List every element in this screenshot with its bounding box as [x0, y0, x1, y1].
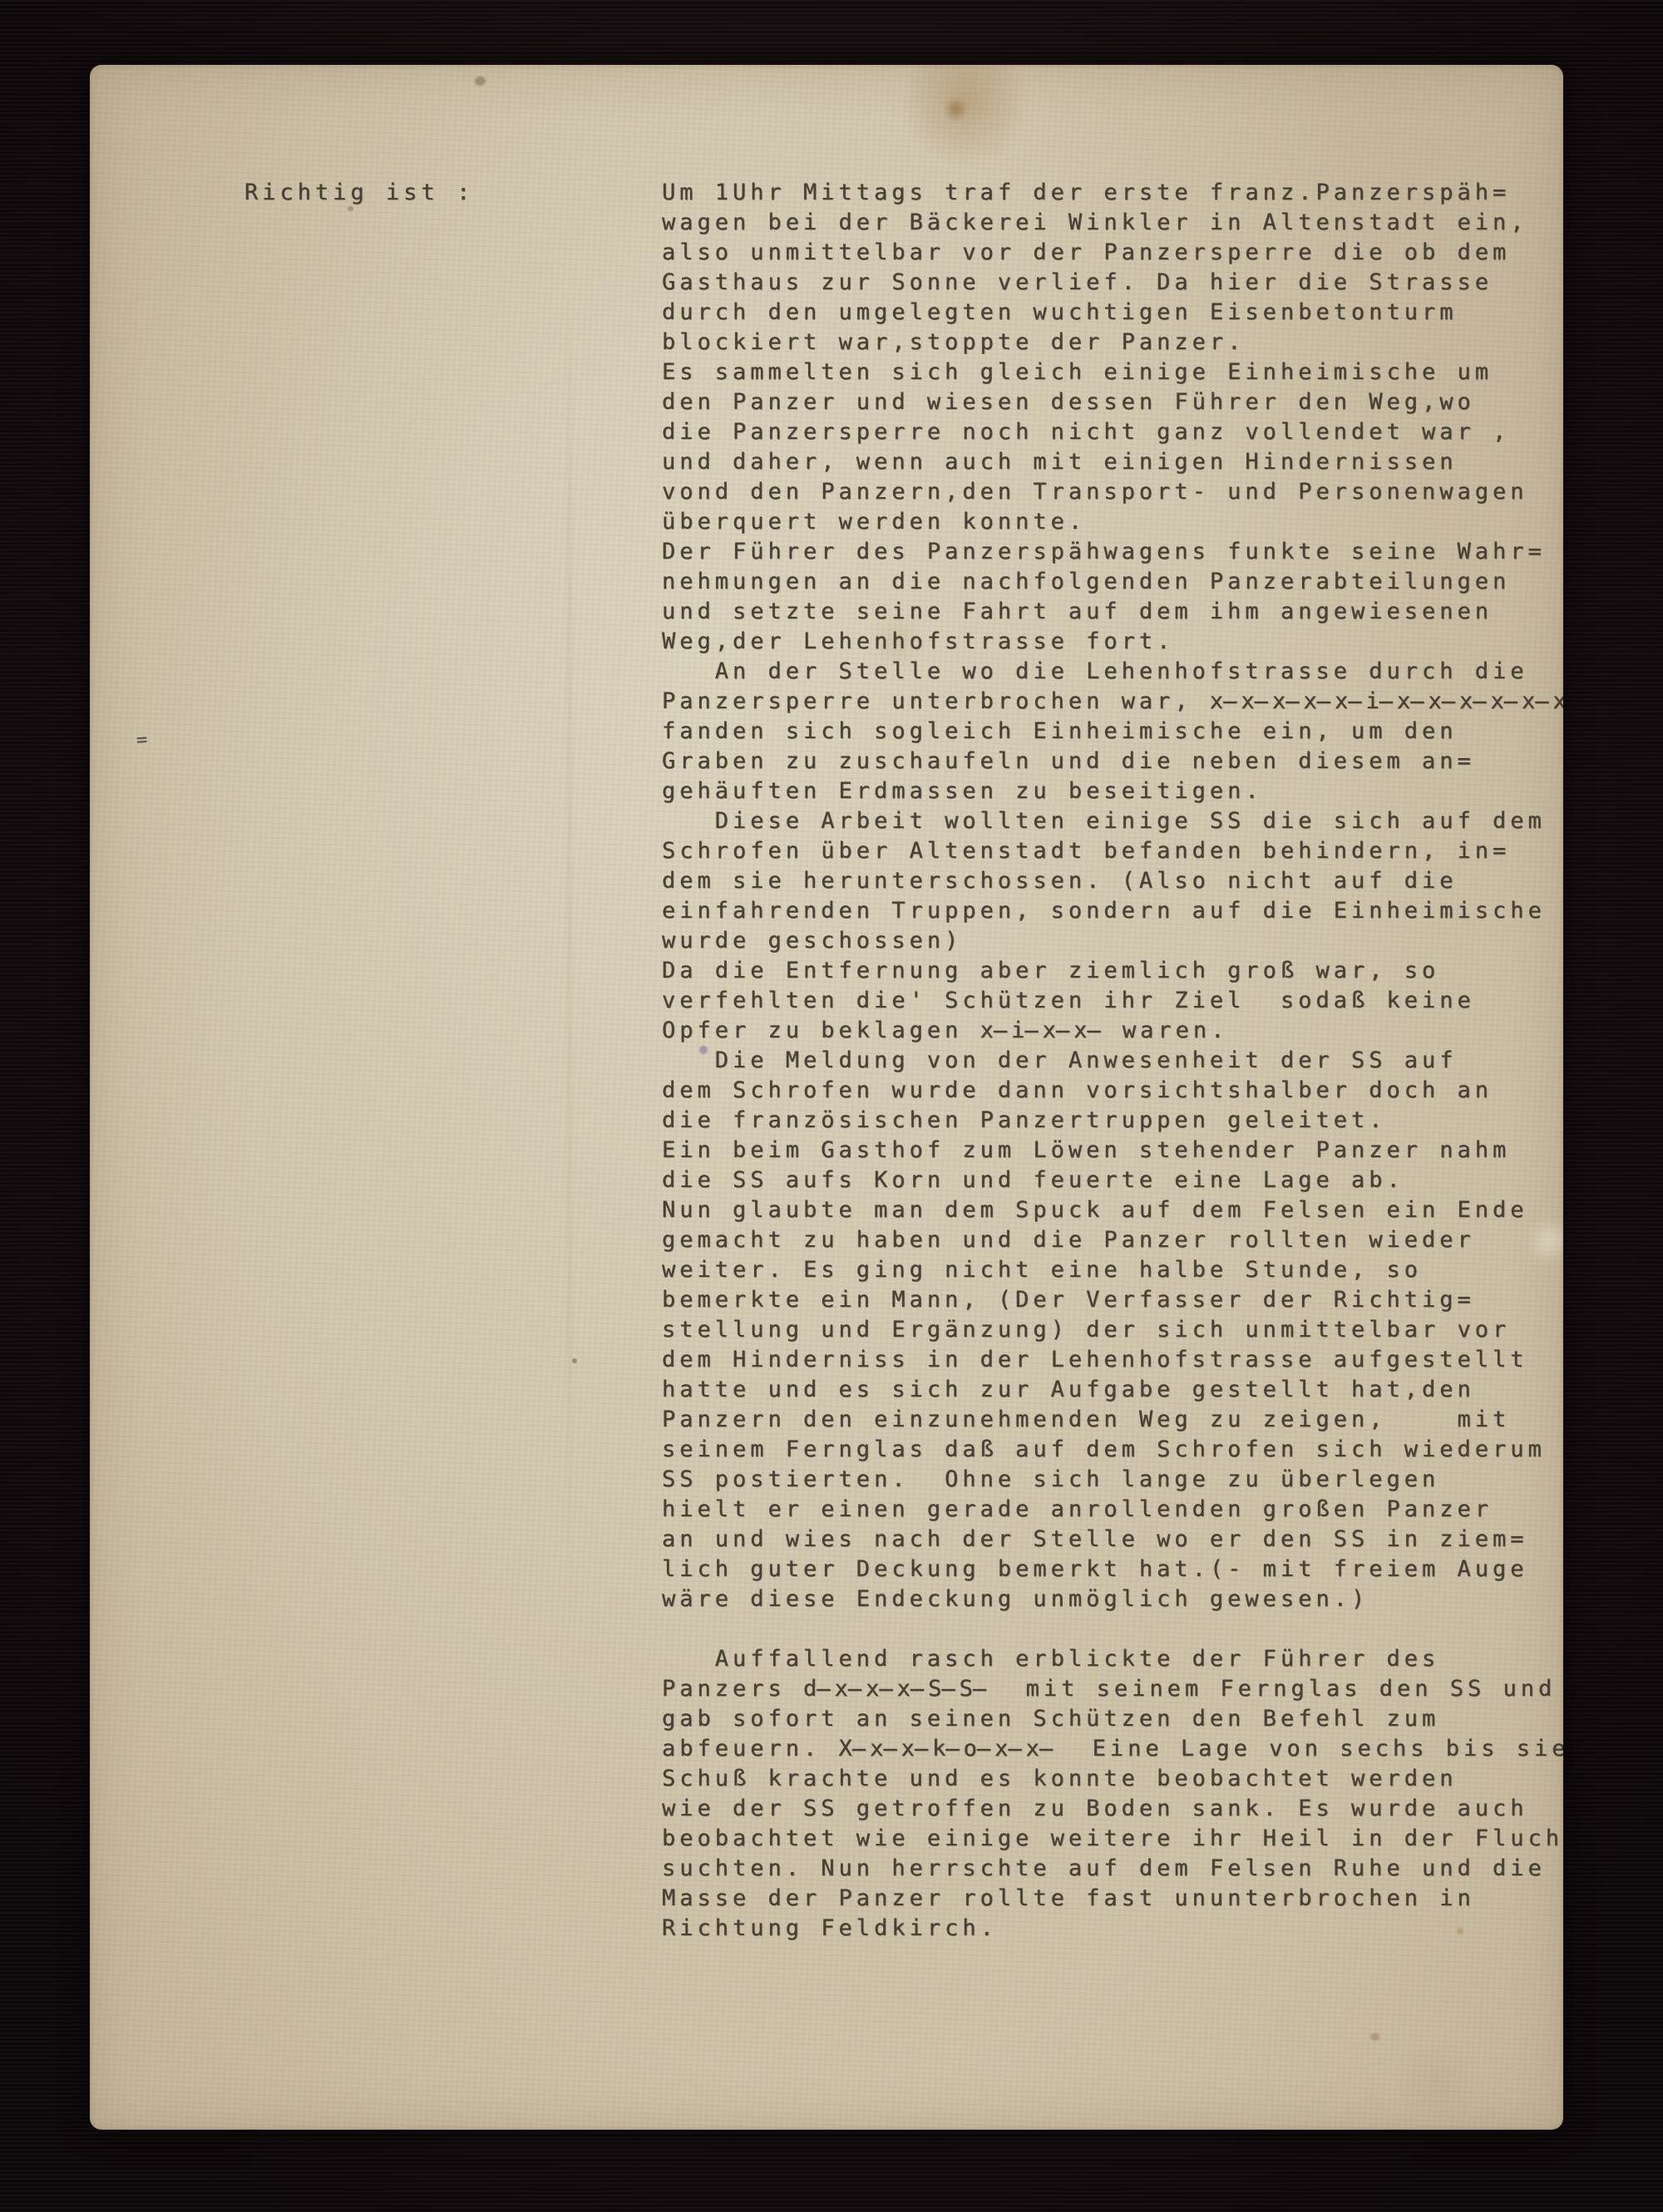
typewritten-line: und daher, wenn auch mit einigen Hindern… — [662, 447, 1563, 477]
typewritten-line: seinem Fernglas daß auf dem Schrofen sic… — [662, 1435, 1563, 1465]
typewritten-line: blockiert war,stoppte der Panzer. — [662, 328, 1563, 357]
typewritten-line: Richtung Feldkirch. — [662, 1914, 1563, 1944]
typewritten-line: Schuß krachte und es konnte beobachtet w… — [662, 1764, 1563, 1794]
scanned-document-page: = Richtig ist : Um 1Uhr Mittags traf der… — [90, 65, 1563, 2130]
typewritten-line: die SS aufs Korn und feuerte eine Lage a… — [662, 1165, 1563, 1195]
typewritten-line: verfehlten die' Schützen ihr Ziel sodaß … — [662, 986, 1563, 1016]
paper-crease — [568, 281, 570, 1578]
typewritten-line: wie der SS getroffen zu Boden sank. Es w… — [662, 1794, 1563, 1824]
typewritten-line: Nun glaubte man dem Spuck auf dem Felsen… — [662, 1195, 1563, 1225]
typewritten-line: Weg,der Lehenhofstrasse fort. — [662, 627, 1563, 657]
typewritten-line: also unmittelbar vor der Panzersperre di… — [662, 238, 1563, 268]
typewritten-line: Ein beim Gasthof zum Löwen stehender Pan… — [662, 1136, 1563, 1165]
typewritten-line: Panzersperre unterbrochen war, x̶x̶x̶x̶x… — [662, 687, 1563, 717]
typewritten-line: stellung und Ergänzung) der sich unmitte… — [662, 1315, 1563, 1345]
typewritten-line: Die Meldung von der Anwesenheit der SS a… — [662, 1046, 1563, 1076]
typewritten-line: wäre diese Endeckung unmöglich gewesen.) — [662, 1584, 1563, 1614]
typewritten-line: abfeuern. X̶x̶x̶k̶o̶x̶x̶ Eine Lage von s… — [662, 1734, 1563, 1764]
typewritten-line: dem sie herunterschossen. (Also nicht au… — [662, 866, 1563, 896]
typewritten-line: wurde geschossen) — [662, 926, 1563, 956]
typewritten-line: Um 1Uhr Mittags traf der erste franz.Pan… — [662, 178, 1563, 208]
paper-speck — [572, 1358, 577, 1363]
typewritten-body: Um 1Uhr Mittags traf der erste franz.Pan… — [662, 178, 1563, 1944]
typewritten-line: Gasthaus zur Sonne verlief. Da hier die … — [662, 268, 1563, 298]
paper-stain — [475, 76, 486, 86]
typewritten-line: wagen bei der Bäckerei Winkler in Altens… — [662, 208, 1563, 238]
typewritten-line: Opfer zu beklagen x̶i̶x̶x̶ waren. — [662, 1016, 1563, 1046]
typewritten-line: überquert werden konnte. — [662, 507, 1563, 537]
paper-stain — [909, 65, 1021, 173]
typewritten-line: Diese Arbeit wollten einige SS die sich … — [662, 806, 1563, 836]
typewritten-line: bemerkte ein Mann, (Der Verfasser der Ri… — [662, 1285, 1563, 1315]
typewritten-line: vond den Panzern,den Transport- und Pers… — [662, 477, 1563, 507]
typewritten-line — [662, 1614, 1563, 1644]
typewritten-line: einfahrenden Truppen, sondern auf die Ei… — [662, 896, 1563, 926]
typewritten-line: die Panzersperre noch nicht ganz vollend… — [662, 417, 1563, 447]
typewritten-line: dem Hinderniss in der Lehenhofstrasse au… — [662, 1345, 1563, 1375]
typewritten-line: Masse der Panzer rollte fast ununterbroc… — [662, 1884, 1563, 1914]
typewritten-line: gemacht zu haben und die Panzer rollten … — [662, 1225, 1563, 1255]
typewritten-line: Panzers d̶x̶x̶x̶S̶S̶ mit seinem Fernglas… — [662, 1674, 1563, 1704]
dark-fabric-background: = Richtig ist : Um 1Uhr Mittags traf der… — [0, 0, 1663, 2212]
typewritten-line: nehmungen an die nachfolgenden Panzerabt… — [662, 567, 1563, 597]
typewritten-line: hielt er einen gerade anrollenden großen… — [662, 1495, 1563, 1525]
typewritten-line: gab sofort an seinen Schützen den Befehl… — [662, 1704, 1563, 1734]
typewritten-line: Schrofen über Altenstadt befanden behind… — [662, 836, 1563, 866]
paper-stain — [1387, 2052, 1487, 2110]
typewritten-line: suchten. Nun herrschte auf dem Felsen Ru… — [662, 1854, 1563, 1884]
typewritten-line: Auffallend rasch erblickte der Führer de… — [662, 1644, 1563, 1674]
typewritten-line: durch den umgelegten wuchtigen Eisenbeto… — [662, 298, 1563, 328]
typewritten-line: dem Schrofen wurde dann vorsichtshalber … — [662, 1076, 1563, 1106]
typewritten-line: weiter. Es ging nicht eine halbe Stunde,… — [662, 1255, 1563, 1285]
margin-pencil-mark: = — [136, 730, 148, 751]
typewritten-line: Da die Entfernung aber ziemlich groß war… — [662, 956, 1563, 986]
typewritten-line: Panzern den einzunehmenden Weg zu zeigen… — [662, 1405, 1563, 1435]
typewritten-line: fanden sich sogleich Einheimische ein, u… — [662, 717, 1563, 746]
typewritten-line: Der Führer des Panzerspähwagens funkte s… — [662, 537, 1563, 567]
typewritten-line: Graben zu zuschaufeln und die neben dies… — [662, 746, 1563, 776]
paper-stain — [1370, 2033, 1379, 2041]
typewritten-line: SS postierten. Ohne sich lange zu überle… — [662, 1465, 1563, 1495]
typewritten-line: hatte und es sich zur Aufgabe gestellt h… — [662, 1375, 1563, 1405]
typewritten-line: beobachtet wie einige weitere ihr Heil i… — [662, 1824, 1563, 1854]
correction-heading: Richtig ist : — [244, 178, 474, 208]
paper-stain — [945, 96, 967, 122]
typewritten-line: den Panzer und wiesen dessen Führer den … — [662, 387, 1563, 417]
typewritten-line: die französischen Panzertruppen geleitet… — [662, 1106, 1563, 1136]
typewritten-line: gehäuften Erdmassen zu beseitigen. — [662, 776, 1563, 806]
typewritten-line: an und wies nach der Stelle wo er den SS… — [662, 1525, 1563, 1554]
typewritten-line: Es sammelten sich gleich einige Einheimi… — [662, 357, 1563, 387]
typewritten-line: und setzte seine Fahrt auf dem ihm angew… — [662, 597, 1563, 627]
typewritten-line: lich guter Deckung bemerkt hat.(- mit fr… — [662, 1554, 1563, 1584]
typewritten-line: An der Stelle wo die Lehenhofstrasse dur… — [662, 657, 1563, 687]
